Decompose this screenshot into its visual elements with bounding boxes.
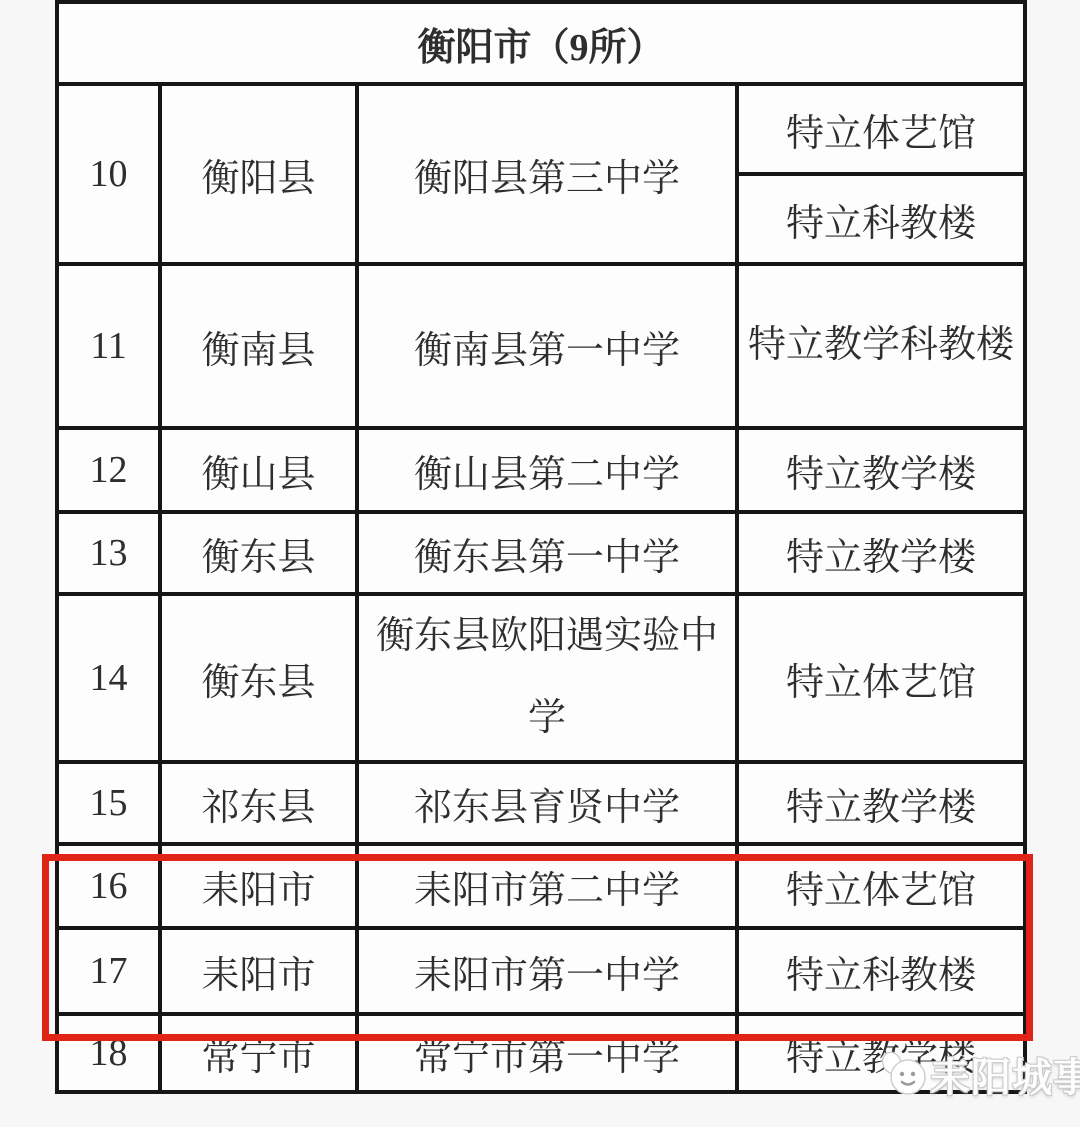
building-cell: 特立科教楼	[737, 928, 1025, 1014]
school-cell: 衡东县第一中学	[357, 512, 737, 594]
school-cell: 耒阳市第一中学	[357, 928, 737, 1014]
county-cell: 祁东县	[160, 762, 357, 844]
building-cell: 特立体艺馆	[737, 594, 1025, 762]
row-number: 13	[57, 512, 160, 594]
school-cell: 耒阳市第二中学	[357, 844, 737, 928]
school-cell: 祁东县育贤中学	[357, 762, 737, 844]
row-number: 10	[57, 84, 160, 264]
school-table: 衡阳市（9所） 10 衡阳县 衡阳县第三中学 特立体艺馆 特立科教楼 11 衡南…	[55, 0, 1027, 1094]
table-row: 13 衡东县 衡东县第一中学 特立教学楼	[57, 512, 1025, 594]
school-cell: 衡南县第一中学	[357, 264, 737, 428]
table-row: 10 衡阳县 衡阳县第三中学 特立体艺馆	[57, 84, 1025, 174]
county-cell: 衡东县	[160, 512, 357, 594]
page: 衡阳市（9所） 10 衡阳县 衡阳县第三中学 特立体艺馆 特立科教楼 11 衡南…	[0, 0, 1080, 1127]
building-cell: 特立教学楼	[737, 512, 1025, 594]
table-row: 18 常宁市 常宁市第一中学 特立教学楼	[57, 1014, 1025, 1092]
county-cell: 耒阳市	[160, 928, 357, 1014]
row-number: 16	[57, 844, 160, 928]
row-number: 14	[57, 594, 160, 762]
county-cell: 衡东县	[160, 594, 357, 762]
building-cell: 特立教学楼	[737, 762, 1025, 844]
table-row: 15 祁东县 祁东县育贤中学 特立教学楼	[57, 762, 1025, 844]
county-cell: 常宁市	[160, 1014, 357, 1092]
building-cell: 特立体艺馆	[737, 84, 1025, 174]
county-cell: 衡南县	[160, 264, 357, 428]
row-number: 12	[57, 428, 160, 512]
school-cell: 衡山县第二中学	[357, 428, 737, 512]
section-header-row: 衡阳市（9所）	[57, 2, 1025, 84]
table-row: 14 衡东县 衡东县欧阳遇实验中学 特立体艺馆	[57, 594, 1025, 762]
table-row-highlighted: 16 耒阳市 耒阳市第二中学 特立体艺馆	[57, 844, 1025, 928]
row-number: 18	[57, 1014, 160, 1092]
county-cell: 衡山县	[160, 428, 357, 512]
table-row-highlighted: 17 耒阳市 耒阳市第一中学 特立科教楼	[57, 928, 1025, 1014]
county-cell: 衡阳县	[160, 84, 357, 264]
section-header: 衡阳市（9所）	[57, 2, 1025, 84]
school-cell: 常宁市第一中学	[357, 1014, 737, 1092]
building-cell: 特立体艺馆	[737, 844, 1025, 928]
table-row: 11 衡南县 衡南县第一中学 特立教学科教楼	[57, 264, 1025, 428]
row-number: 11	[57, 264, 160, 428]
school-cell: 衡阳县第三中学	[357, 84, 737, 264]
building-cell: 特立教学楼	[737, 428, 1025, 512]
row-number: 17	[57, 928, 160, 1014]
row-number: 15	[57, 762, 160, 844]
building-cell: 特立教学楼	[737, 1014, 1025, 1092]
county-cell: 耒阳市	[160, 844, 357, 928]
building-cell: 特立科教楼	[737, 174, 1025, 264]
school-cell: 衡东县欧阳遇实验中学	[357, 594, 737, 762]
table-row: 12 衡山县 衡山县第二中学 特立教学楼	[57, 428, 1025, 512]
building-cell: 特立教学科教楼	[737, 264, 1025, 428]
